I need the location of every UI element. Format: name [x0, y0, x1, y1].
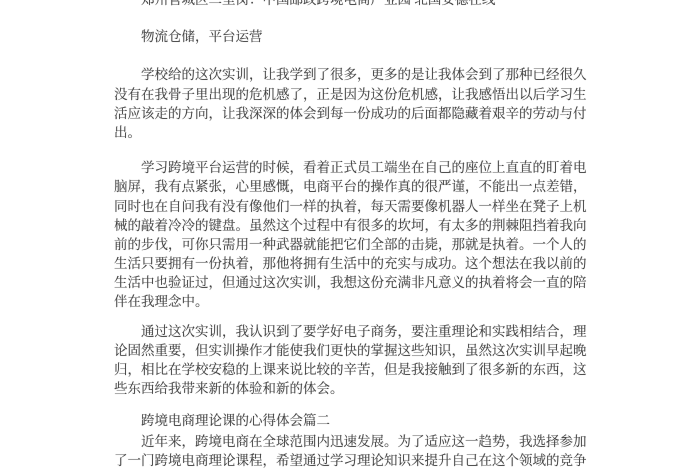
document-text-block: 郑州管城区二里岗：中国邮政跨境电商产业园 北国安德在线物流仓储，平台运营学校给的…: [114, 0, 588, 470]
text-line: 出。: [114, 123, 588, 142]
text-line: 学习跨境平台运营的时候，看着正式员工端坐在自己的座位上直直的盯着电: [114, 158, 588, 177]
text-line: 近年来，跨境电商在全球范围内迅速发展。为了适应这一趋势，我选择参加: [114, 432, 588, 451]
text-line: 活应该走的方向，让我深深的体会到每一份成功的后面都隐藏着艰辛的劳动与付: [114, 104, 588, 123]
text-line: 没有在我骨子里出现的危机感了，正是因为这份危机感，让我感悟出以后学习生: [114, 85, 588, 104]
text-line: 论固然重要，但实训操作才能使我们更快的掌握这些知识，虽然这次实训早起晚: [114, 341, 588, 360]
text-line: 前的步伐，可你只需用一种武器就能把它们全部的击毙，那就是执着。一个人的: [114, 235, 588, 254]
content-line: 物流仓储，平台运营: [114, 27, 588, 46]
text-line: 伴在我理念中。: [114, 292, 588, 311]
text-line: 械的敲着冷冷的键盘。虽然这个过程中有很多的坎坷，有太多的荆棘阻挡着我向: [114, 216, 588, 235]
text-line: 同时也在自问我有没有像他们一样的执着，每天需要像机器人一样坐在凳子上机: [114, 197, 588, 216]
text-line: 生活只要拥有一份执着，那他将拥有生活中的充实与成功。这个想法在我以前的: [114, 254, 588, 273]
text-line: 些东西给我带来新的体验和新的体会。: [114, 379, 588, 398]
text-line: 跨境电商理论课的心得体会篇二: [114, 411, 588, 430]
body-paragraph: 近年来，跨境电商在全球范围内迅速发展。为了适应这一趋势，我选择参加了一门跨境电商…: [114, 432, 588, 470]
body-paragraph: 通过这次实训，我认识到了要学好电子商务，要注重理论和实践相结合，理论固然重要，但…: [114, 322, 588, 399]
body-paragraph: 学习跨境平台运营的时候，看着正式员工端坐在自己的座位上直直的盯着电脑屏，我有点紧…: [114, 158, 588, 312]
text-line: 物流仓储，平台运营: [114, 27, 588, 46]
text-line: 通过这次实训，我认识到了要学好电子商务，要注重理论和实践相结合，理: [114, 322, 588, 341]
document-page: 郑州管城区二里岗：中国邮政跨境电商产业园 北国安德在线物流仓储，平台运营学校给的…: [0, 0, 700, 470]
location-line: 郑州管城区二里岗：中国邮政跨境电商产业园 北国安德在线: [114, 0, 588, 9]
text-line: 学校给的这次实训，让我学到了很多，更多的是让我体会到了那种已经很久: [114, 65, 588, 84]
text-line: 归，相比在学校安稳的上课来说比较的辛苦，但是我接触到了很多新的东西，这: [114, 360, 588, 379]
text-line: 郑州管城区二里岗：中国邮政跨境电商产业园 北国安德在线: [114, 0, 588, 9]
text-line: 生活中也验证过，但通过这次实训，我想这份充满非凡意义的执着将会一直的陪: [114, 273, 588, 292]
section-heading: 跨境电商理论课的心得体会篇二: [114, 411, 588, 430]
body-paragraph: 学校给的这次实训，让我学到了很多，更多的是让我体会到了那种已经很久没有在我骨子里…: [114, 65, 588, 142]
text-line: 脑屏，我有点紧张，心里感慨，电商平台的操作真的很严谨，不能出一点差错，: [114, 177, 588, 196]
text-line: 了一门跨境电商理论课程，希望通过学习理论知识来提升自己在这个领域的竞争: [114, 451, 588, 470]
